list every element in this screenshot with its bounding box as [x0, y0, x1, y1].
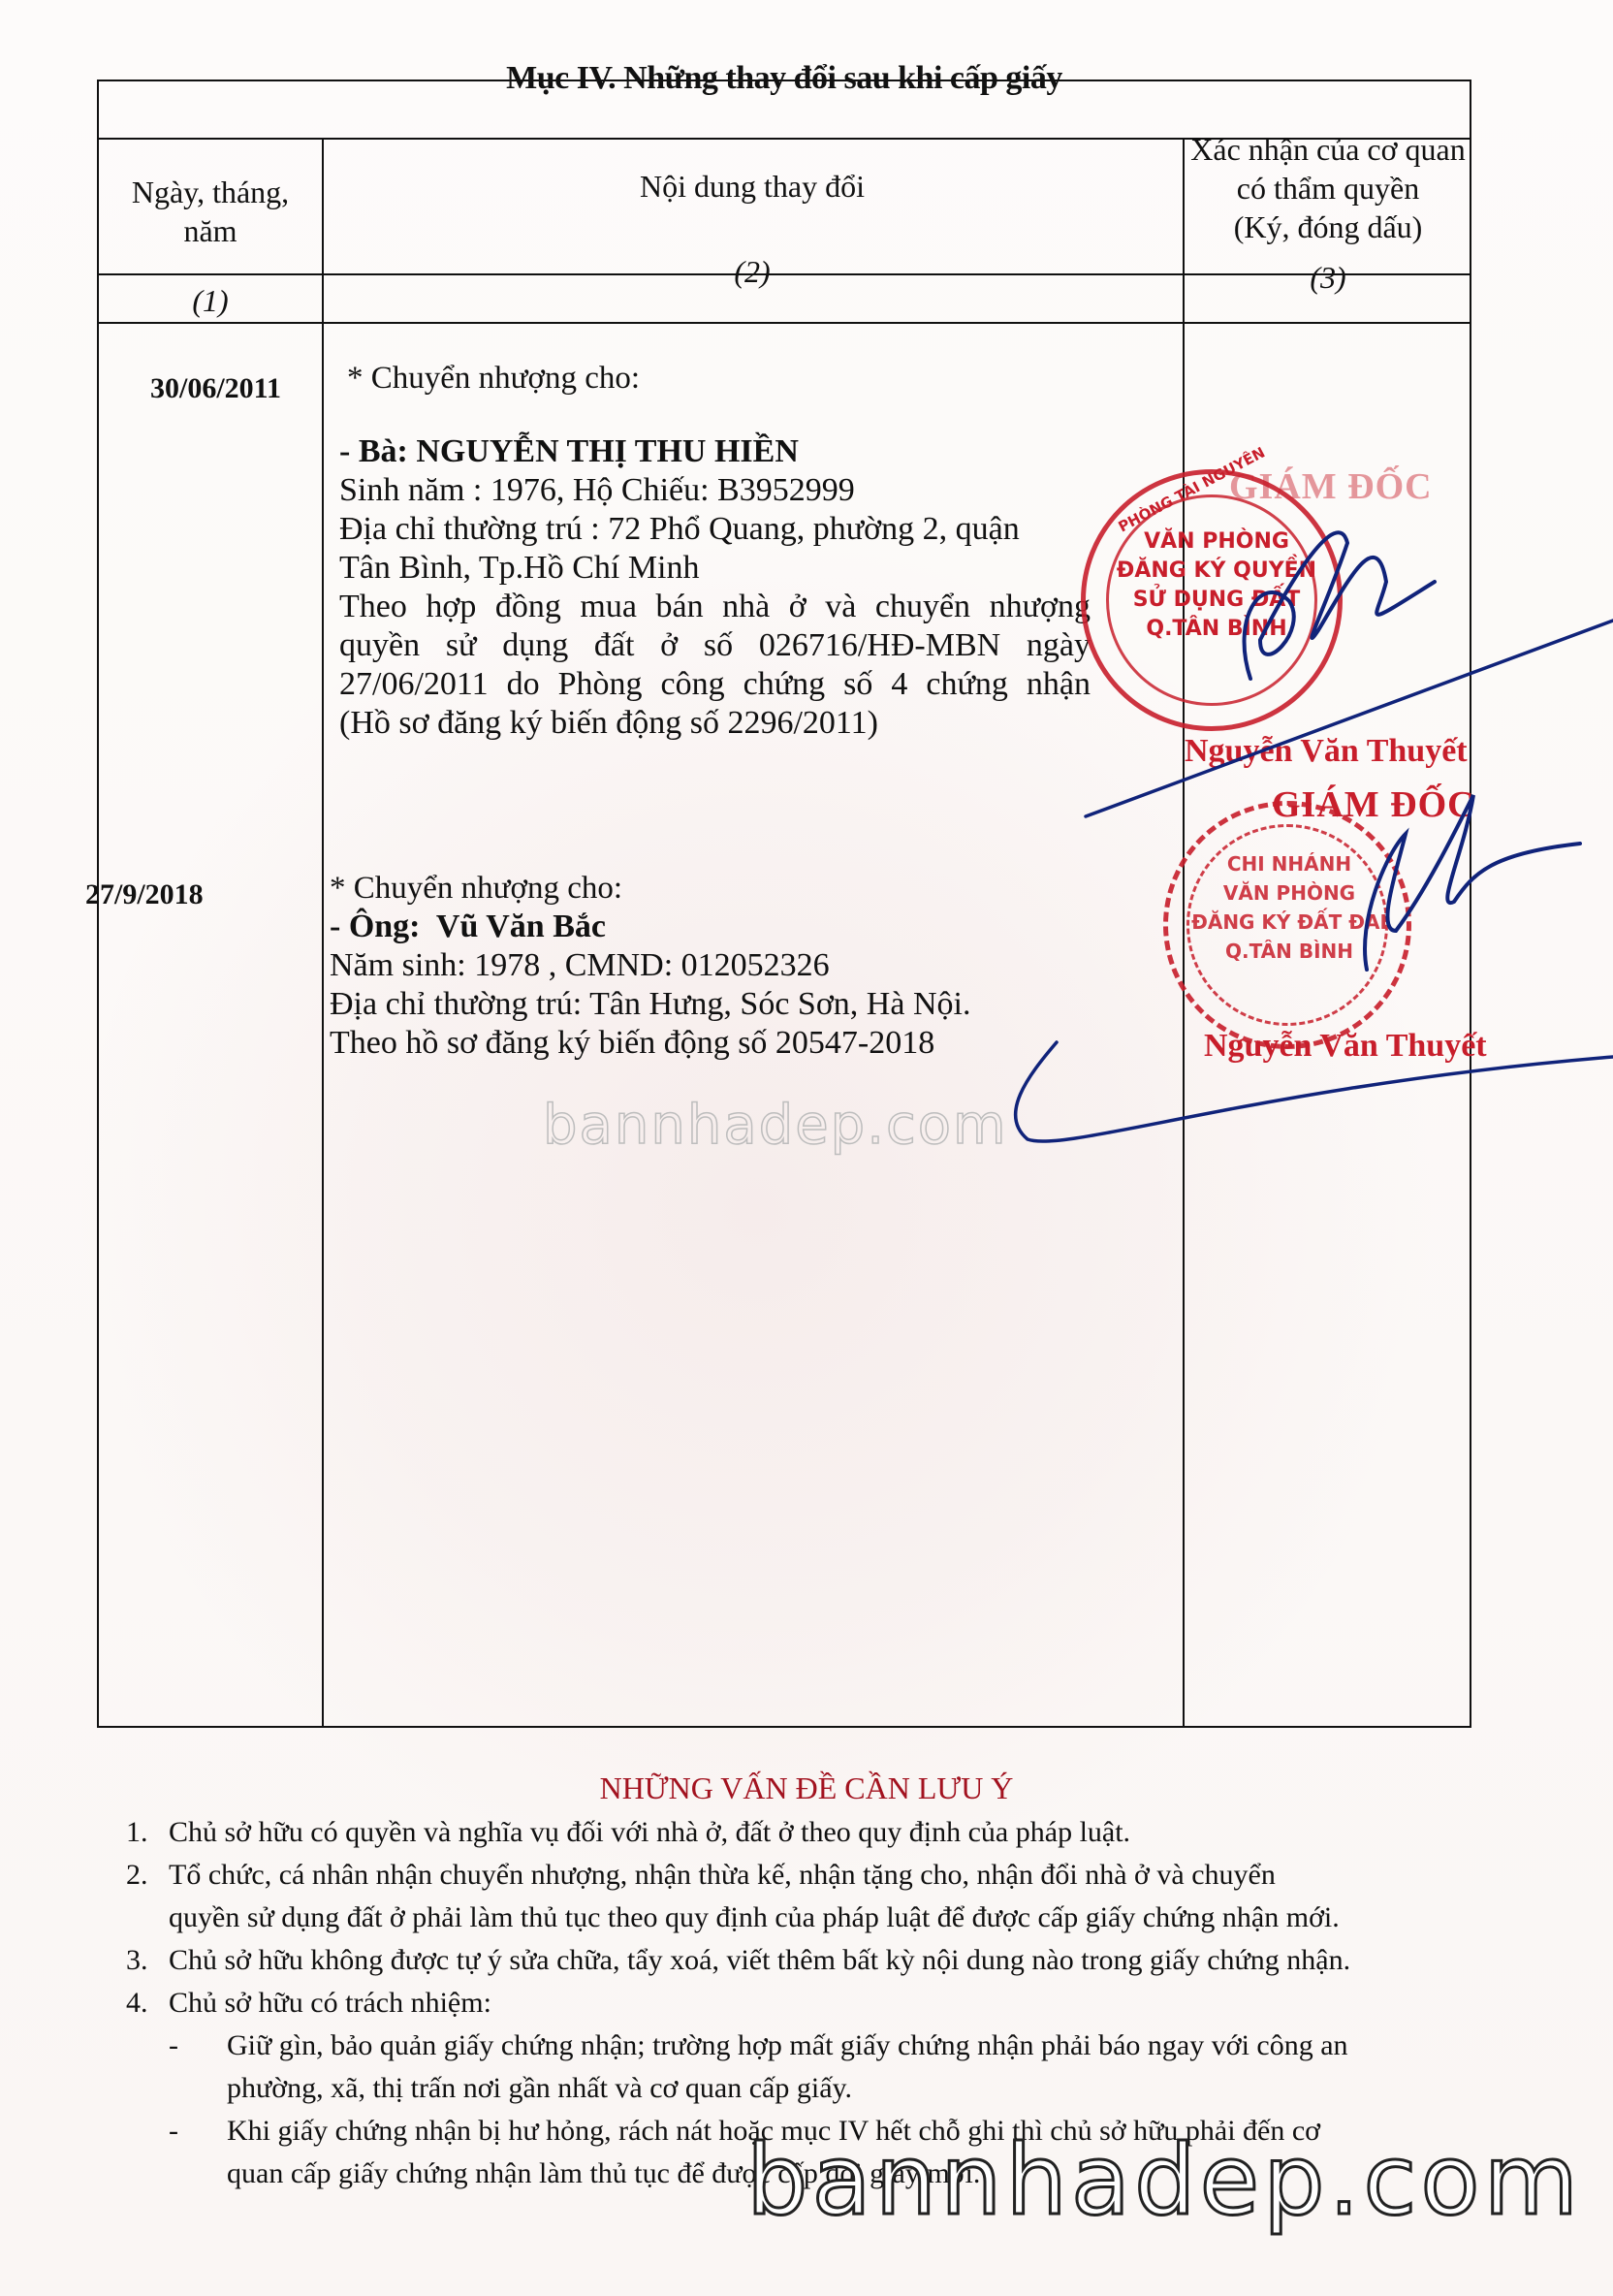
stamp-line: VĂN PHÒNG [1163, 878, 1415, 908]
stamp-line: ĐĂNG KÝ QUYỀN [1081, 557, 1352, 586]
stamp-line: ĐĂNG KÝ ĐẤT ĐAI [1163, 908, 1415, 937]
entry-line: 27/06/2011 do Phòng công chứng số 4 chứn… [339, 665, 1091, 704]
note-dash: - [169, 2110, 178, 2152]
entry-content: * Chuyển nhượng cho: - Ông: Vũ Văn Bắc N… [330, 869, 1105, 1063]
entry-line: Địa chỉ thường trú : 72 Phổ Quang, phườn… [339, 510, 1093, 549]
note-line: Giữ gìn, bảo quản giấy chứng nhận; trườn… [227, 2025, 1551, 2067]
entry-line: (Hồ sơ đăng ký biến động số 2296/2011) [339, 704, 1093, 743]
entry-line: Tân Bình, Tp.Hồ Chí Minh [339, 549, 1093, 588]
column-divider [322, 138, 324, 1726]
header-line: có thẩm quyền [1183, 169, 1473, 207]
entry-date: 27/9/2018 [85, 878, 204, 911]
official-stamp: CHI NHÁNH VĂN PHÒNG ĐĂNG KÝ ĐẤT ĐAI Q.TÂ… [1163, 801, 1415, 1053]
column-header-date: Ngày, tháng, năm [99, 173, 322, 250]
column-header-certification: Xác nhận của cơ quan có thẩm quyền (Ký, … [1183, 130, 1473, 246]
table-divider [99, 322, 1470, 324]
entry-date: 30/06/2011 [150, 372, 281, 405]
note-item: 4. Chủ sở hữu có trách nhiệm: [126, 1982, 1551, 2025]
column-number-2: (2) [322, 254, 1183, 290]
header-line: (Ký, đóng dấu) [1183, 207, 1473, 246]
note-item: 3. Chủ sở hữu không được tự ý sửa chữa, … [126, 1939, 1551, 1982]
stamp-line: SỬ DỤNG ĐẤT [1081, 586, 1352, 615]
header-line: Ngày, tháng, [99, 173, 322, 211]
entry-heading: * Chuyển nhượng cho: [347, 359, 1093, 398]
watermark: bannhadep.com [543, 1094, 1008, 1157]
stamp-line: CHI NHÁNH [1163, 849, 1415, 878]
signer-name: Nguyễn Văn Thuyết [1204, 1028, 1487, 1065]
column-header-content: Nội dung thay đổi [322, 167, 1183, 206]
note-number: 2. [126, 1854, 148, 1897]
signer-name: Nguyễn Văn Thuyết [1185, 733, 1468, 770]
stamp-line: VĂN PHÒNG [1081, 527, 1352, 557]
note-line: Chủ sở hữu không được tự ý sửa chữa, tẩy… [169, 1939, 1551, 1982]
entry-name: - Bà: NGUYỄN THỊ THU HIỀN [339, 432, 1093, 471]
note-line: Tổ chức, cá nhân nhận chuyển nhượng, nhậ… [169, 1854, 1551, 1897]
note-number: 1. [126, 1811, 148, 1854]
note-line: Chủ sở hữu có trách nhiệm: [169, 1982, 1551, 2025]
note-number: 3. [126, 1939, 148, 1982]
column-number-1: (1) [99, 283, 322, 319]
header-line: Xác nhận của cơ quan [1183, 130, 1473, 169]
entry-line: Theo hợp đồng mua bán nhà ở và chuyển nh… [339, 588, 1091, 626]
note-dash: - [169, 2025, 178, 2067]
note-line: quyền sử dụng đất ở phải làm thủ tục the… [169, 1897, 1551, 1939]
note-line: phường, xã, thị trấn nơi gần nhất và cơ … [227, 2067, 1551, 2110]
note-number: 4. [126, 1982, 148, 2025]
note-item: 1. Chủ sở hữu có quyền và nghĩa vụ đối v… [126, 1811, 1551, 1854]
stamp-center-text: CHI NHÁNH VĂN PHÒNG ĐĂNG KÝ ĐẤT ĐAI Q.TÂ… [1163, 849, 1415, 966]
note-sub-item: - Giữ gìn, bảo quản giấy chứng nhận; trư… [126, 2025, 1551, 2110]
entry-name: - Ông: Vũ Văn Bắc [330, 908, 1105, 946]
stamp-line: Q.TÂN BÌNH [1081, 615, 1352, 644]
entry-line: quyền sử dụng đất ở số 026716/HĐ-MBN ngà… [339, 626, 1091, 665]
entry-line: Địa chỉ thường trú: Tân Hưng, Sóc Sơn, H… [330, 985, 1105, 1024]
header-line: Nội dung thay đổi [322, 167, 1183, 206]
header-line: năm [99, 211, 322, 250]
entry-line: Theo hồ sơ đăng ký biến động số 20547-20… [330, 1024, 1105, 1063]
column-number-3: (3) [1183, 260, 1473, 296]
note-item: 2. Tổ chức, cá nhân nhận chuyển nhượng, … [126, 1854, 1551, 1939]
notes-title: NHỮNG VẤN ĐỀ CẦN LƯU Ý [0, 1770, 1613, 1806]
watermark: bannhadep.com [746, 2123, 1582, 2237]
entry-content: * Chuyển nhượng cho: - Bà: NGUYỄN THỊ TH… [347, 359, 1093, 743]
entry-heading: * Chuyển nhượng cho: [330, 869, 1105, 908]
note-line: Chủ sở hữu có quyền và nghĩa vụ đối với … [169, 1811, 1551, 1854]
stamp-line: Q.TÂN BÌNH [1163, 937, 1415, 966]
entry-line: Sinh năm : 1976, Hộ Chiếu: B3952999 [339, 471, 1093, 510]
stamp-center-text: VĂN PHÒNG ĐĂNG KÝ QUYỀN SỬ DỤNG ĐẤT Q.TÂ… [1081, 527, 1352, 644]
official-stamp: PHÒNG TÀI NGUYÊN VĂN PHÒNG ĐĂNG KÝ QUYỀN… [1081, 469, 1352, 741]
entry-line: Năm sinh: 1978 , CMND: 012052326 [330, 946, 1105, 985]
